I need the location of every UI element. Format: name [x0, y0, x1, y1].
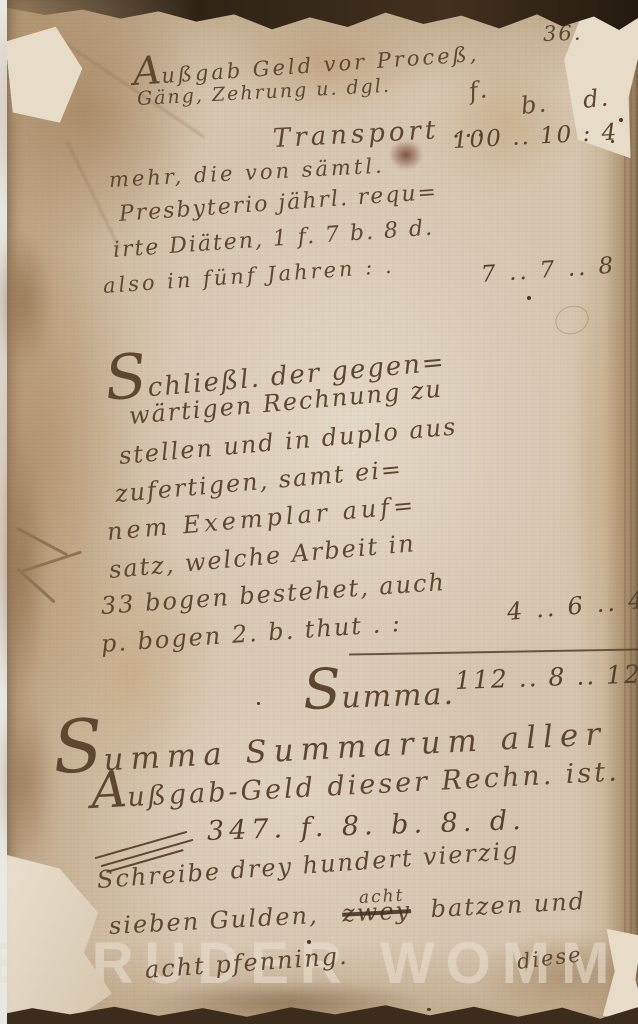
- amount-words-line-2-start: sieben Gulden,: [108, 901, 319, 940]
- amount-words-line-2: sieben Gulden, zwey batzen und: [108, 887, 586, 940]
- amount-words-line-1: Schreibe drey hundert vierzig: [96, 836, 520, 893]
- ink-dot: [427, 1008, 431, 1011]
- column-header-batzen: b.: [520, 89, 550, 120]
- torn-bottom-edge: [7, 1000, 638, 1024]
- ink-dot: [619, 118, 623, 122]
- crease-line: [66, 141, 120, 250]
- column-header-pfennig: d.: [582, 83, 612, 114]
- ink-dot: [307, 940, 311, 944]
- binding-wear: [0, 230, 53, 370]
- binding-thread: [16, 527, 69, 557]
- amount-words-line-3: acht pfenning.: [144, 942, 349, 984]
- column-header-gulden: f.: [467, 75, 491, 106]
- impression-mark: [551, 301, 593, 339]
- catchword: diese: [516, 942, 584, 974]
- paper-flake: [4, 24, 88, 127]
- ink-dot: [257, 702, 260, 705]
- ink-dot: [527, 296, 531, 300]
- struck-word: zwey: [341, 896, 411, 928]
- entry-diaeten-amount: 7 .. 7 .. 8: [480, 253, 617, 288]
- manuscript-page: EBRUDER WOMME 36. Außgab Geld vor Proceß…: [7, 0, 638, 1024]
- binding-thread: [16, 568, 55, 604]
- manuscript-scan: EBRUDER WOMME 36. Außgab Geld vor Proceß…: [0, 0, 638, 1024]
- binding-wear: [0, 690, 55, 870]
- amount-words-line-2-end: batzen und: [430, 887, 587, 923]
- ink-dot: [611, 140, 614, 143]
- binding-thread: [22, 550, 82, 572]
